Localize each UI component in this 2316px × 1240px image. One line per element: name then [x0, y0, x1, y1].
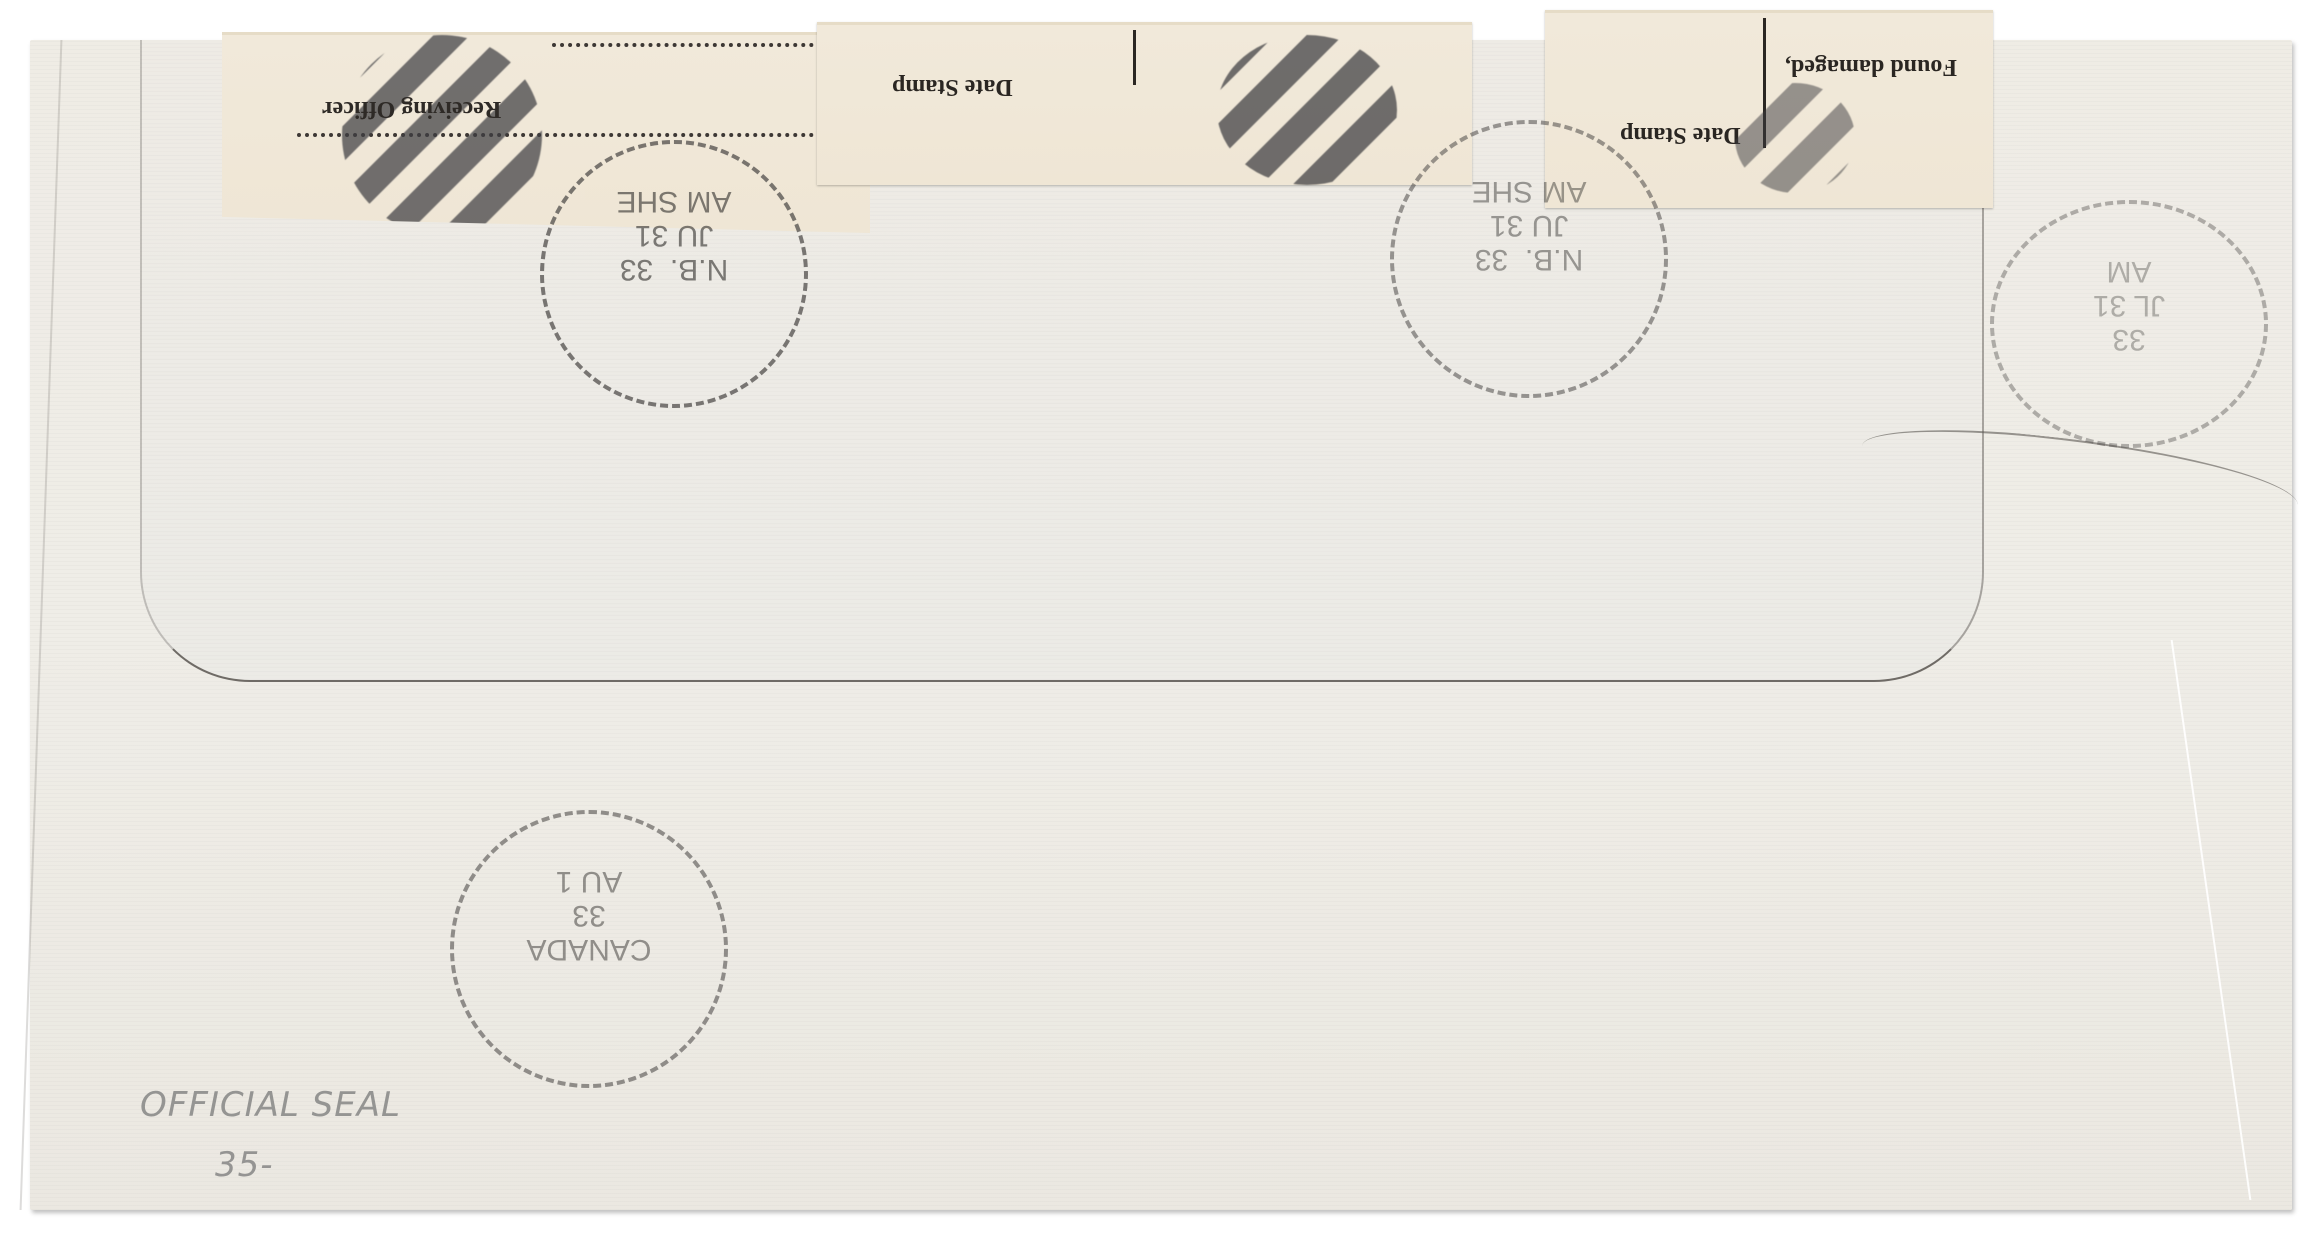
postmark-town: SHE	[616, 185, 678, 218]
postmark-time: AM	[2107, 255, 2152, 288]
postmark-1-text: N.B. 33 JU 31 AM SHE	[544, 184, 804, 286]
left-fold-line	[20, 40, 63, 1210]
postmark-date: JU 31	[635, 219, 713, 252]
date-stamp-label-1: Date Stamp	[817, 22, 1472, 185]
postmark-town: SHE	[1471, 175, 1533, 208]
postmark-3: 33 JL 31 AM	[1990, 200, 2268, 448]
cancellation-bars-icon	[342, 35, 542, 235]
postmark-town: CANADA	[526, 933, 651, 966]
postmark-date: AU 1	[556, 865, 623, 898]
date-stamp-text-2: Date Stamp	[1620, 121, 1741, 148]
postmark-province: N.B.	[1525, 243, 1583, 276]
postmark-province: N.B.	[670, 253, 728, 286]
cancellation-bars-icon	[1735, 83, 1855, 193]
postmark-year: 33	[620, 253, 653, 286]
found-damaged-text: Found damaged,	[1785, 53, 1957, 80]
postmark-canada-text: CANADA 33 AU 1	[454, 864, 724, 966]
postmark-year: 33	[2112, 323, 2145, 356]
date-stamp-text-1: Date Stamp	[892, 73, 1013, 100]
postmark-year: 33	[1475, 243, 1508, 276]
receiving-officer-text: Receiving Officer	[322, 95, 501, 122]
handwritten-note-official-seal: OFFICIAL SEAL	[140, 1085, 401, 1125]
postmark-2-text: N.B. 33 JU 31 AM SHE	[1394, 174, 1664, 276]
cancellation-bars-icon	[1217, 35, 1397, 185]
postmark-time: AM	[1542, 175, 1587, 208]
postmark-time: AM	[687, 185, 732, 218]
handwritten-note-price: 35-	[215, 1145, 274, 1185]
postmark-year: 33	[572, 899, 605, 932]
postmark-date: JU 31	[1490, 209, 1568, 242]
postmark-1: N.B. 33 JU 31 AM SHE	[540, 140, 808, 408]
divider-line	[1133, 30, 1136, 85]
right-fold-line	[2171, 640, 2252, 1200]
postmark-3-text: 33 JL 31 AM	[1994, 254, 2264, 356]
postmark-2: N.B. 33 JU 31 AM SHE	[1390, 120, 1668, 398]
postmark-canada: CANADA 33 AU 1	[450, 810, 728, 1088]
postmark-date: JL 31	[2093, 289, 2165, 322]
